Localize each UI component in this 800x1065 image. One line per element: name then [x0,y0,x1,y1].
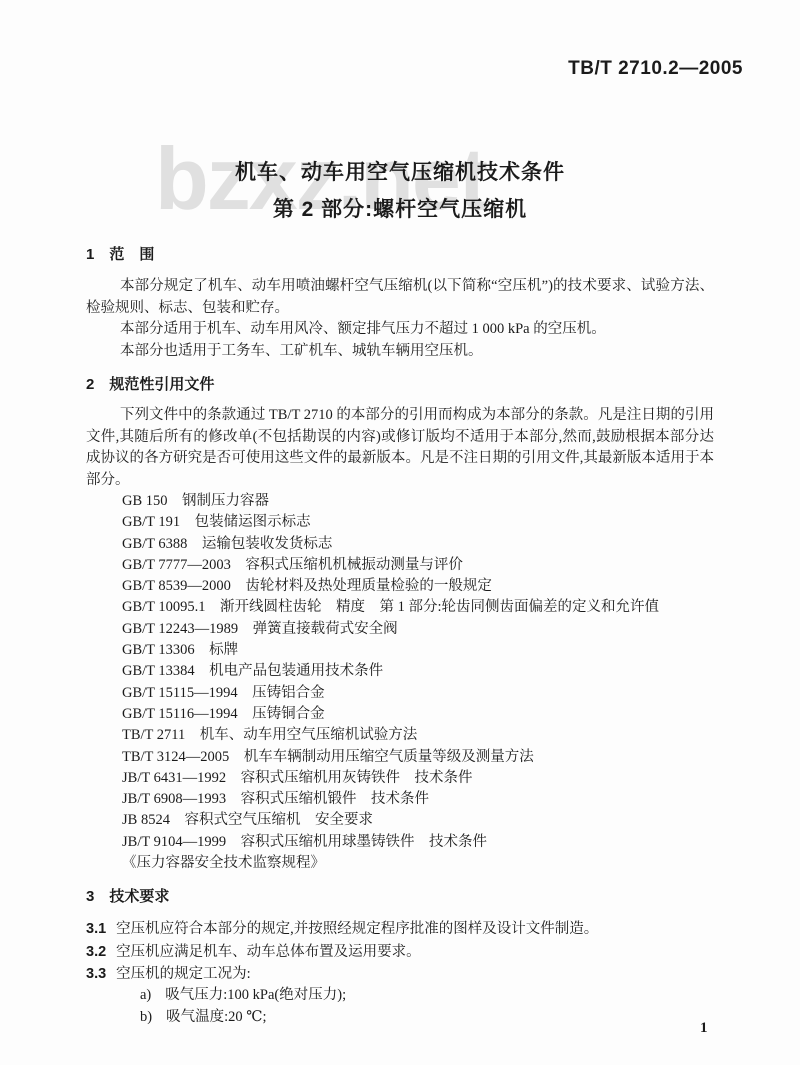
reference-item: GB/T 8539—2000 齿轮材料及热处理质量检验的一般规定 [86,576,714,597]
clause-text: 空压机的规定工况为: [116,966,251,982]
section-2-heading: 2 规范性引用文件 [86,374,714,396]
section-1-heading: 1 范 围 [86,244,714,266]
reference-item: GB 150 钢制压力容器 [86,491,714,512]
reference-item: JB/T 9104—1999 容积式压缩机用球墨铸铁件 技术条件 [86,832,714,853]
reference-item: JB/T 6431—1992 容积式压缩机用灰铸铁件 技术条件 [86,768,714,789]
reference-item: JB 8524 容积式空气压缩机 安全要求 [86,810,714,831]
reference-item: TB/T 2711 机车、动车用空气压缩机试验方法 [86,725,714,746]
subitem-label: b) [140,1009,152,1025]
section-3-heading: 3 技术要求 [86,886,714,908]
clause-3-2: 3.2空压机应满足机车、动车总体布置及运用要求。 [86,941,714,963]
clause-text: 空压机应满足机车、动车总体布置及运用要求。 [116,944,421,960]
document-title: 机车、动车用空气压缩机技术条件 第 2 部分:螺杆空气压缩机 [86,154,714,228]
page-content: TB/T 2710.2—2005 机车、动车用空气压缩机技术条件 第 2 部分:… [86,58,714,1028]
clause-number: 3.1 [86,921,106,937]
section-1-paragraph: 本部分规定了机车、动车用喷油螺杆空气压缩机(以下简称“空压机”)的技术要求、试验… [86,276,714,319]
reference-item: GB/T 13384 机电产品包装通用技术条件 [86,661,714,682]
subitem-label: a) [140,987,151,1003]
reference-item: GB/T 7777—2003 容积式压缩机机械振动测量与评价 [86,555,714,576]
subitem-a: a)吸气压力:100 kPa(绝对压力); [86,985,714,1007]
reference-item: GB/T 13306 标牌 [86,640,714,661]
reference-item: GB/T 12243—1989 弹簧直接载荷式安全阀 [86,619,714,640]
subitem-text: 吸气压力:100 kPa(绝对压力); [165,987,346,1003]
clause-text: 空压机应符合本部分的规定,并按照经规定程序批准的图样及设计文件制造。 [116,921,598,937]
page-number: 1 [700,1020,708,1037]
reference-item: GB/T 6388 运输包装收发货标志 [86,534,714,555]
clause-3-3: 3.3空压机的规定工况为: [86,963,714,985]
document-page: bzxz.net TB/T 2710.2—2005 机车、动车用空气压缩机技术条… [0,0,800,1065]
subitem-b: b)吸气温度:20 ℃; [86,1007,714,1029]
reference-item: 《压力容器安全技术监察规程》 [86,853,714,874]
section-2-intro: 下列文件中的条款通过 TB/T 2710 的本部分的引用而构成为本部分的条款。凡… [86,405,714,491]
reference-item: GB/T 15116—1994 压铸铜合金 [86,704,714,725]
subitem-text: 吸气温度:20 ℃; [166,1009,266,1025]
reference-item: GB/T 15115—1994 压铸铝合金 [86,683,714,704]
reference-item: TB/T 3124—2005 机车车辆制动用压缩空气质量等级及测量方法 [86,747,714,768]
section-3-clauses: 3.1空压机应符合本部分的规定,并按照经规定程序批准的图样及设计文件制造。 3.… [86,918,714,1028]
reference-list: GB 150 钢制压力容器 GB/T 191 包装储运图示标志 GB/T 638… [86,491,714,874]
standard-number: TB/T 2710.2—2005 [86,58,743,80]
section-1-paragraph: 本部分也适用于工务车、工矿机车、城轨车辆用空压机。 [86,341,714,363]
section-1-paragraph: 本部分适用于机车、动车用风冷、额定排气压力不超过 1 000 kPa 的空压机。 [86,319,714,341]
clause-3-1: 3.1空压机应符合本部分的规定,并按照经规定程序批准的图样及设计文件制造。 [86,918,714,940]
title-line-1: 机车、动车用空气压缩机技术条件 [86,154,714,191]
clause-number: 3.2 [86,944,106,960]
reference-item: GB/T 191 包装储运图示标志 [86,512,714,533]
title-line-2: 第 2 部分:螺杆空气压缩机 [86,191,714,228]
clause-number: 3.3 [86,966,106,982]
reference-item: JB/T 6908—1993 容积式压缩机锻件 技术条件 [86,789,714,810]
reference-item: GB/T 10095.1 渐开线圆柱齿轮 精度 第 1 部分:轮齿同侧齿面偏差的… [86,597,714,618]
